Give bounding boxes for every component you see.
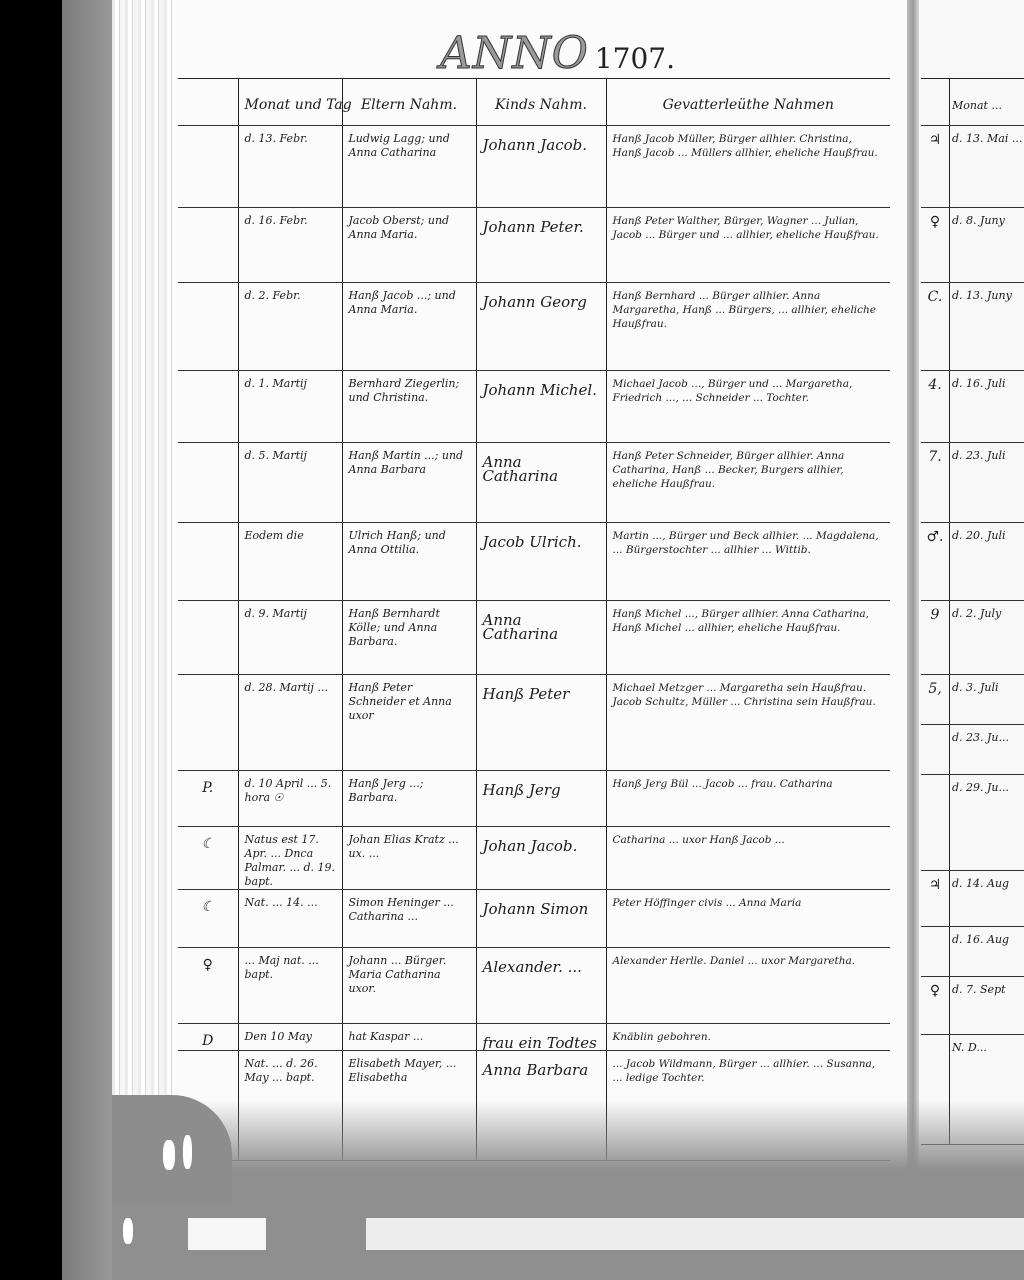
title-anno: ANNO (440, 28, 589, 79)
child-name: Johann Peter. (476, 208, 606, 283)
next-page-date: d. 20. Juli (950, 523, 1024, 601)
parents-names: Hanß Bernhardt Kölle; und Anna Barbara. (342, 601, 476, 675)
godparents-names: Hanß Jerg Bül ... Jacob ... frau. Cathar… (606, 771, 890, 827)
child-name: Johann Simon (476, 890, 606, 948)
next-page-date: d. 13. Juny (950, 283, 1024, 371)
next-page-date: d. 16. Juli (950, 371, 1024, 443)
next-page-column-header: Monat ... (950, 79, 1024, 126)
next-page-date: d. 8. Juny (950, 208, 1024, 283)
entry-date: ... Maj nat. ... bapt. (238, 948, 342, 1024)
table-row: P.d. 10 April ... 5. hora ☉Hanß Jerg ...… (178, 771, 890, 827)
parents-names: Ludwig Lagg; und Anna Catharina (342, 126, 476, 208)
margin-mark (178, 208, 238, 283)
table-row: ☾Nat. ... 14. ...Simon Heninger ... Cath… (178, 890, 890, 948)
margin-mark: D (178, 1024, 238, 1051)
scan-artifact (183, 1135, 192, 1169)
next-page-date: d. 16. Aug (950, 927, 1024, 977)
godparents-names: Hanß Michel ..., Bürger allhier. Anna Ca… (606, 601, 890, 675)
next-page-date: d. 2. July (950, 601, 1024, 675)
next-page-row: 4.d. 16. Juli (921, 371, 1024, 443)
next-page-row: ♃d. 13. Mai ... (921, 126, 1024, 208)
parents-names: Hanß Jerg ...; Barbara. (342, 771, 476, 827)
margin-mark (178, 443, 238, 523)
child-name: Anna Catharina (476, 601, 606, 675)
book-gutter (907, 0, 919, 1195)
child-name: Johann Jacob. (476, 126, 606, 208)
entry-date: d. 10 April ... 5. hora ☉ (238, 771, 342, 827)
margin-mark (178, 371, 238, 443)
next-page-margin-mark: C. (921, 283, 950, 371)
next-page-row: ♀d. 7. Sept (921, 977, 1024, 1035)
child-name: Johan Jacob. (476, 827, 606, 890)
godparents-names: Peter Höffinger civis ... Anna Maria (606, 890, 890, 948)
godparents-names: Alexander Herlle. Daniel ... uxor Margar… (606, 948, 890, 1024)
godparents-names: Michael Metzger ... Margaretha sein Hauß… (606, 675, 890, 771)
next-page-row: ♂.d. 20. Juli (921, 523, 1024, 601)
godparents-names: Hanß Peter Walther, Bürger, Wagner ... J… (606, 208, 890, 283)
column-header-godparents: Gevatterleüthe Nahmen (606, 79, 890, 126)
table-row: d. 2. Febr.Hanß Jacob ...; und Anna Mari… (178, 283, 890, 371)
entry-date: d. 1. Martij (238, 371, 342, 443)
next-page-date: d. 23. Ju... (950, 725, 1024, 775)
godparents-names: Hanß Peter Schneider, Bürger allhier. An… (606, 443, 890, 523)
next-page-margin-mark: ♃ (921, 871, 950, 927)
column-header-parents: Eltern Nahm. (342, 79, 476, 126)
next-page-row: d. 23. Ju... (921, 725, 1024, 775)
entry-date: d. 28. Martij ... (238, 675, 342, 771)
next-page-date: d. 23. Juli (950, 443, 1024, 523)
table-row: d. 16. Febr.Jacob Oberst; und Anna Maria… (178, 208, 890, 283)
child-name: Jacob Ulrich. (476, 523, 606, 601)
next-page-row: ♀d. 8. Juny (921, 208, 1024, 283)
scan-shadow (112, 1100, 1024, 1280)
next-page-row: C.d. 13. Juny (921, 283, 1024, 371)
title-year: 1707. (595, 42, 675, 75)
next-page-date: d. 14. Aug (950, 871, 1024, 927)
next-page-margin-mark: 4. (921, 371, 950, 443)
next-page-margin-mark: 5, (921, 675, 950, 725)
child-name: Anna Catharina (476, 443, 606, 523)
baptism-ledger: Monat und Tag Eltern Nahm. Kinds Nahm. G… (178, 78, 890, 1161)
column-header-date: Monat und Tag (238, 79, 342, 126)
next-page-margin-mark: ♃ (921, 126, 950, 208)
table-row: d. 5. MartijHanß Martin ...; und Anna Ba… (178, 443, 890, 523)
parents-names: Hanß Peter Schneider et Anna uxor (342, 675, 476, 771)
entry-date: d. 13. Febr. (238, 126, 342, 208)
next-page-date: d. 13. Mai ... (950, 126, 1024, 208)
child-name: Johann Georg (476, 283, 606, 371)
next-page-margin-mark: ♂. (921, 523, 950, 601)
entry-date: Nat. ... 14. ... (238, 890, 342, 948)
godparents-names: Catharina ... uxor Hanß Jacob ... (606, 827, 890, 890)
godparents-names: Knäblin gebohren. (606, 1024, 890, 1051)
next-page-margin-header (921, 79, 950, 126)
parents-names: Bernhard Ziegerlin; und Christina. (342, 371, 476, 443)
child-name: frau ein Todtes (476, 1024, 606, 1051)
margin-mark (178, 283, 238, 371)
margin-mark: ☾ (178, 890, 238, 948)
margin-mark: ☾ (178, 827, 238, 890)
next-page-row: ♃d. 14. Aug (921, 871, 1024, 927)
next-page-ledger: Monat ... ♃d. 13. Mai ...♀d. 8. JunyC.d.… (921, 78, 1024, 1145)
parents-names: Hanß Jacob ...; und Anna Maria. (342, 283, 476, 371)
entry-date: d. 16. Febr. (238, 208, 342, 283)
table-row: d. 9. MartijHanß Bernhardt Kölle; und An… (178, 601, 890, 675)
next-page-margin-mark: ♀ (921, 977, 950, 1035)
next-page-header: Monat ... (921, 79, 1024, 126)
scan-artifact (123, 1218, 133, 1244)
parents-names: hat Kaspar ... (342, 1024, 476, 1051)
table-row: ☾Natus est 17. Apr. ... Dnca Palmar. ...… (178, 827, 890, 890)
child-name: Alexander. ... (476, 948, 606, 1024)
godparents-names: Martin ..., Bürger und Beck allhier. ...… (606, 523, 890, 601)
next-page-date: d. 29. Ju... (950, 775, 1024, 871)
next-page-margin-mark (921, 775, 950, 871)
next-page-margin-mark: 7. (921, 443, 950, 523)
margin-mark (178, 601, 238, 675)
godparents-names: Michael Jacob ..., Bürger und ... Margar… (606, 371, 890, 443)
column-header-child: Kinds Nahm. (476, 79, 606, 126)
parents-names: Hanß Martin ...; und Anna Barbara (342, 443, 476, 523)
parents-names: Johann ... Bürger. Maria Catharina uxor. (342, 948, 476, 1024)
page-binding-edge (112, 0, 172, 1195)
next-page-margin-mark (921, 725, 950, 775)
page-title: ANNO1707. (440, 28, 675, 79)
table-row: d. 13. Febr.Ludwig Lagg; und Anna Cathar… (178, 126, 890, 208)
next-page-row: d. 29. Ju... (921, 775, 1024, 871)
table-row: d. 1. MartijBernhard Ziegerlin; und Chri… (178, 371, 890, 443)
margin-mark: P. (178, 771, 238, 827)
next-page-row: d. 16. Aug (921, 927, 1024, 977)
next-page-date: d. 7. Sept (950, 977, 1024, 1035)
margin-mark (178, 523, 238, 601)
table-row: DDen 10 Mayhat Kaspar ...frau ein Todtes… (178, 1024, 890, 1051)
margin-header (178, 79, 238, 126)
child-name: Johann Michel. (476, 371, 606, 443)
table-row: d. 28. Martij ... Hanß Peter Schneider e… (178, 675, 890, 771)
next-page-row: 5,d. 3. Juli (921, 675, 1024, 725)
entry-date: Natus est 17. Apr. ... Dnca Palmar. ... … (238, 827, 342, 890)
parents-names: Johan Elias Kratz ... ux. ... (342, 827, 476, 890)
entry-date: Den 10 May (238, 1024, 342, 1051)
scan-artifact (188, 1218, 266, 1250)
parents-names: Jacob Oberst; und Anna Maria. (342, 208, 476, 283)
next-page-margin-mark: 9 (921, 601, 950, 675)
child-name: Hanß Peter (476, 675, 606, 771)
godparents-names: Hanß Jacob Müller, Bürger allhier. Chris… (606, 126, 890, 208)
next-page-margin-mark: ♀ (921, 208, 950, 283)
parents-names: Simon Heninger ... Catharina ... (342, 890, 476, 948)
next-page-date: d. 3. Juli (950, 675, 1024, 725)
child-name: Hanß Jerg (476, 771, 606, 827)
entry-date: d. 9. Martij (238, 601, 342, 675)
margin-mark: ♀ (178, 948, 238, 1024)
table-row: Eodem dieUlrich Hanß; und Anna Ottilia.J… (178, 523, 890, 601)
frame-edge (62, 0, 112, 1280)
entry-date: Eodem die (238, 523, 342, 601)
table-row: ♀... Maj nat. ... bapt.Johann ... Bürger… (178, 948, 890, 1024)
ledger-header: Monat und Tag Eltern Nahm. Kinds Nahm. G… (178, 79, 890, 126)
entry-date: d. 5. Martij (238, 443, 342, 523)
scan-artifact (163, 1140, 175, 1170)
parents-names: Ulrich Hanß; und Anna Ottilia. (342, 523, 476, 601)
next-page-margin-mark (921, 927, 950, 977)
next-page-row: 7.d. 23. Juli (921, 443, 1024, 523)
margin-mark (178, 675, 238, 771)
next-page-row: 9d. 2. July (921, 601, 1024, 675)
margin-mark (178, 126, 238, 208)
godparents-names: Hanß Bernhard ... Bürger allhier. Anna M… (606, 283, 890, 371)
entry-date: d. 2. Febr. (238, 283, 342, 371)
scan-artifact (366, 1218, 1024, 1250)
